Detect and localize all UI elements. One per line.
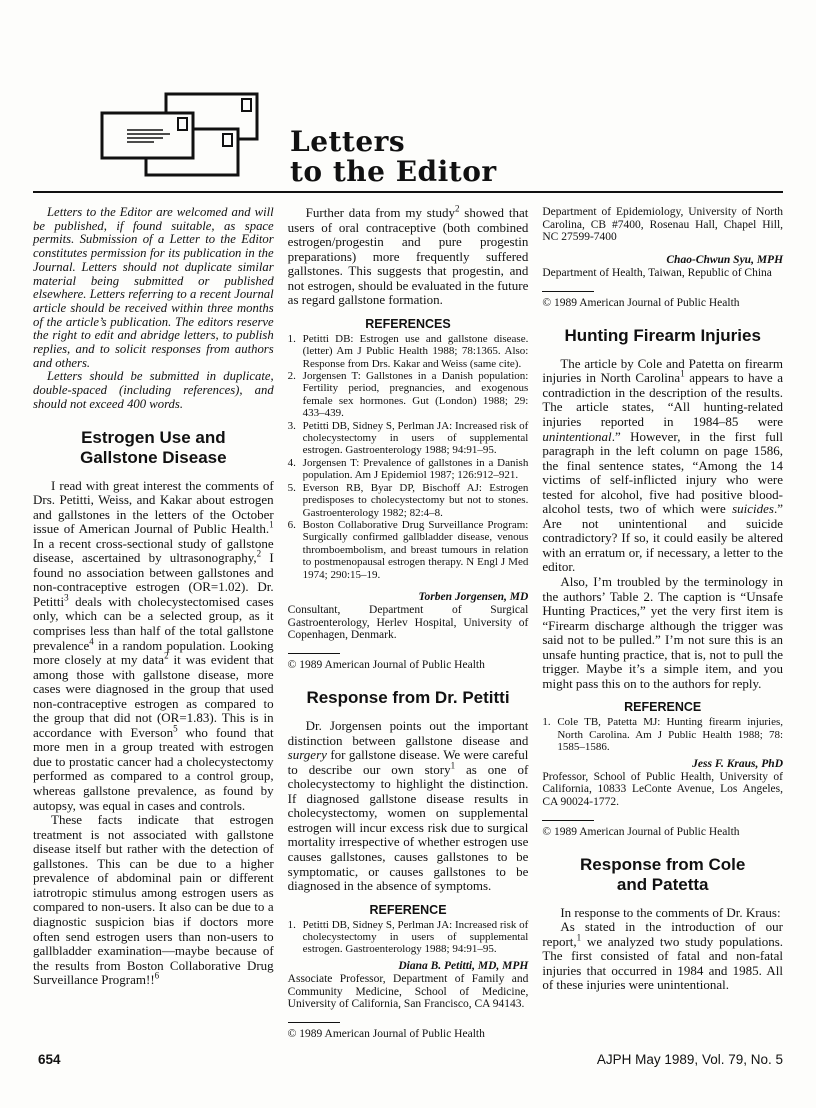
letter-paragraph: Dr. Jorgensen points out the important d…	[288, 719, 529, 894]
signature-affiliation: Department of Health, Taiwan, Republic o…	[542, 267, 783, 280]
letter-title-hunting: Hunting Firearm Injuries	[542, 326, 783, 346]
policy-paragraph-1: Letters to the Editor are welcomed and w…	[33, 206, 274, 370]
signature-name: Torben Jorgensen, MD	[288, 591, 529, 604]
letter-paragraph: In response to the comments of Dr. Kraus…	[542, 906, 783, 921]
signature-name: Jess F. Kraus, PhD	[542, 758, 783, 771]
letter-paragraph: The article by Cole and Patetta on firea…	[542, 357, 783, 575]
references-heading: REFERENCE	[288, 903, 529, 917]
text-columns: Letters to the Editor are welcomed and w…	[33, 206, 783, 1041]
page-number: 654	[38, 1052, 61, 1067]
copyright-rule	[288, 1022, 340, 1023]
reference-item: 1. Petitti DB: Estrogen use and gallston…	[288, 333, 529, 370]
reference-item: 3. Petitti DB, Sidney S, Perlman JA: Inc…	[288, 420, 529, 457]
journal-page: Letters to the Editor Letters to the Edi…	[0, 0, 816, 1108]
signature-name: Diana B. Petitti, MD, MPH	[288, 960, 529, 973]
reference-item: 2. Jorgensen T: Gallstones in a Danish p…	[288, 370, 529, 420]
signature-name: Chao-Chwun Syu, MPH	[542, 254, 783, 267]
signature-affiliation: Consultant, Department of Surgical Gastr…	[288, 604, 529, 642]
signature-affiliation: Professor, School of Public Health, Univ…	[542, 771, 783, 809]
letter-paragraph: Also, I’m troubled by the terminology in…	[542, 575, 783, 691]
masthead: Letters to the Editor	[0, 0, 816, 183]
references-heading: REFERENCES	[288, 317, 529, 331]
page-footer: 654 AJPH May 1989, Vol. 79, No. 5	[38, 1052, 783, 1067]
reference-list: 1. Petitti DB, Sidney S, Perlman JA: Inc…	[288, 919, 529, 956]
letter-title-cole-response: Response from Cole and Patetta	[542, 855, 783, 895]
reference-item: 6. Boston Collaborative Drug Surveillanc…	[288, 519, 529, 581]
column-1: Letters to the Editor are welcomed and w…	[33, 206, 274, 1041]
header-rule	[33, 191, 783, 193]
page-title: Letters to the Editor	[290, 127, 497, 187]
letter-paragraph: I read with great interest the comments …	[33, 479, 274, 814]
letter-paragraph: Further data from my study2 showed that …	[288, 206, 529, 308]
column-2: Further data from my study2 showed that …	[288, 206, 529, 1041]
page-title-line1: Letters	[290, 127, 497, 157]
signature-affiliation: Department of Epidemiology, University o…	[542, 206, 783, 244]
column-3: Department of Epidemiology, University o…	[542, 206, 783, 1041]
copyright-line: © 1989 American Journal of Public Health	[542, 297, 783, 310]
signature-affiliation: Associate Professor, Department of Famil…	[288, 973, 529, 1011]
reference-list: 1. Cole TB, Patetta MJ: Hunting firearm …	[542, 716, 783, 753]
policy-paragraph-2: Letters should be submitted in duplicate…	[33, 370, 274, 411]
reference-item: 4. Jorgensen T: Prevalence of gallstones…	[288, 457, 529, 482]
copyright-rule	[542, 291, 594, 292]
reference-item: 1. Cole TB, Patetta MJ: Hunting firearm …	[542, 716, 783, 753]
copyright-rule	[542, 820, 594, 821]
letter-paragraph: As stated in the introduction of our rep…	[542, 920, 783, 993]
letter-title-petitti-response: Response from Dr. Petitti	[288, 688, 529, 708]
letter-paragraph: These facts indicate that estrogen treat…	[33, 813, 274, 988]
reference-item: 1. Petitti DB, Sidney S, Perlman JA: Inc…	[288, 919, 529, 956]
references-heading: REFERENCE	[542, 700, 783, 714]
editor-policy-note: Letters to the Editor are welcomed and w…	[33, 206, 274, 412]
copyright-rule	[288, 653, 340, 654]
copyright-line: © 1989 American Journal of Public Health	[288, 659, 529, 672]
journal-issue-info: AJPH May 1989, Vol. 79, No. 5	[597, 1052, 783, 1067]
copyright-line: © 1989 American Journal of Public Health	[542, 826, 783, 839]
reference-list: 1. Petitti DB: Estrogen use and gallston…	[288, 333, 529, 581]
letter-title-gallstone: Estrogen Use and Gallstone Disease	[33, 428, 274, 468]
reference-item: 5. Everson RB, Byar DP, Bischoff AJ: Est…	[288, 482, 529, 519]
copyright-line: © 1989 American Journal of Public Health	[288, 1028, 529, 1041]
mail-envelopes-icon	[100, 92, 260, 183]
page-title-line2: to the Editor	[290, 157, 497, 187]
